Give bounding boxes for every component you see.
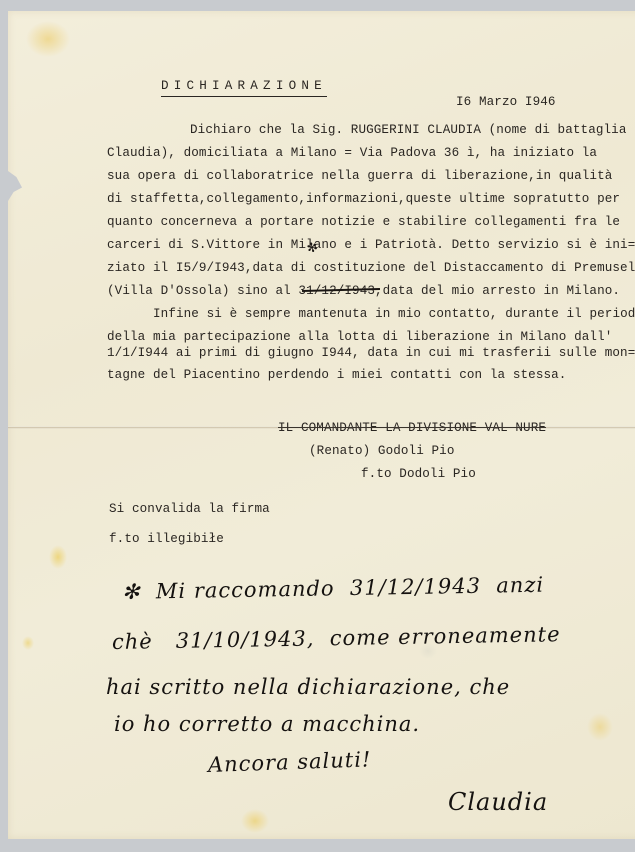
body-line: 1/1/I944 ai primi di giugno I944, data i… xyxy=(107,347,635,360)
torn-edge xyxy=(8,171,22,201)
body-line: (Villa D'Ossola) sino al 31/12/I943,data… xyxy=(107,285,620,298)
body-line: di staffetta,collegamento,informazioni,q… xyxy=(107,193,620,206)
handwritten-line: io ho corretto a macchina. xyxy=(114,714,420,735)
body-line: Claudia), domiciliata a Milano = Via Pad… xyxy=(107,147,597,160)
document-title: DICHIARAZIONE xyxy=(161,80,327,97)
body-line: Dichiaro che la Sig. RUGGERINI CLAUDIA (… xyxy=(190,124,626,137)
body-line: tagne del Piacentino perdendo i miei con… xyxy=(107,369,566,382)
handwritten-line: Ancora saluti! xyxy=(208,749,372,776)
body-line: sua opera di collaboratrice nella guerra… xyxy=(107,170,612,183)
document-date: I6 Marzo I946 xyxy=(456,96,556,109)
commander-name: (Renato) Godoli Pio xyxy=(309,445,455,458)
handwritten-line: hai scritto nella dichiarazione, che xyxy=(106,677,510,698)
commander-signed: f.to Dodoli Pio xyxy=(361,468,476,481)
validation-signature: f.to illegibiłe xyxy=(109,533,224,546)
body-line: della mia partecipazione alla lotta di l… xyxy=(107,331,612,344)
body-line: Infine si è sempre mantenuta in mio cont… xyxy=(153,308,635,321)
validation-line: Si convalida la firma xyxy=(109,503,270,516)
body-line: ziato il I5/9/I943,data di costituzione … xyxy=(107,262,635,275)
commander-title: IL COMANDANTE LA DIVISIONE VAL NURE xyxy=(278,422,546,435)
body-line: carceri di S.Vittore in Milano e i Patri… xyxy=(107,239,635,252)
handwritten-signature: Claudia xyxy=(448,790,548,814)
body-line: quanto concerneva a portare notizie e st… xyxy=(107,216,620,229)
